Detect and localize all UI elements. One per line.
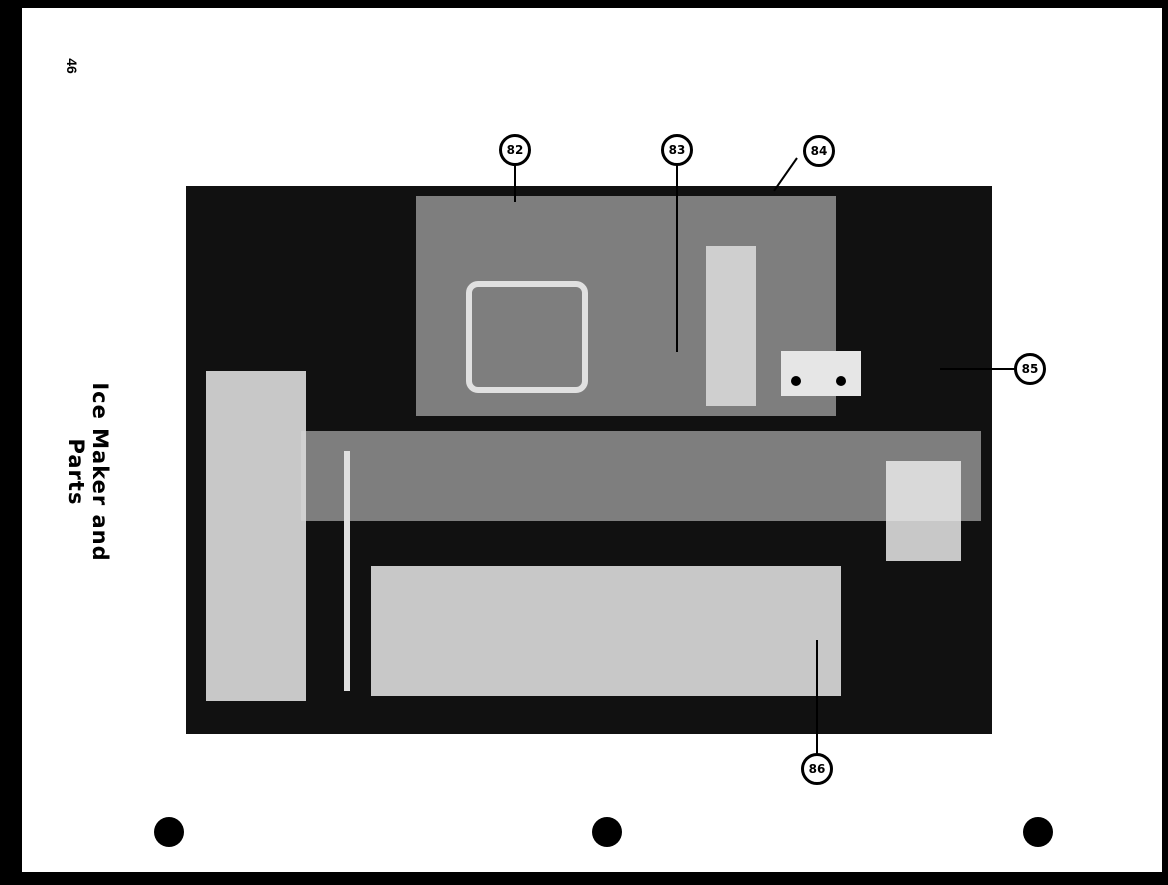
switch-block (781, 351, 861, 396)
leader-line-82 (514, 162, 516, 202)
section-title: Ice Maker and Parts (64, 372, 112, 572)
solenoid-coil (466, 281, 588, 393)
photo-region-ice-tray (371, 566, 841, 696)
photo-region-left-panel (206, 371, 306, 701)
leader-line-83 (676, 162, 678, 352)
scan-edge-top (0, 0, 1168, 8)
binder-hole-right (1023, 817, 1053, 847)
binder-hole-left (154, 817, 184, 847)
photo-region-right-bracket (886, 461, 961, 561)
callout-85: 85 (1014, 353, 1046, 385)
leader-line-86 (816, 640, 818, 755)
scan-edge-bottom (0, 872, 1168, 885)
switch-terminal (791, 376, 801, 386)
callout-84: 84 (803, 135, 835, 167)
binder-hole-center (592, 817, 622, 847)
switch-terminal (836, 376, 846, 386)
callout-86: 86 (801, 753, 833, 785)
leader-line-85 (940, 368, 1015, 370)
callout-82: 82 (499, 134, 531, 166)
valve-body (706, 246, 756, 406)
callout-83: 83 (661, 134, 693, 166)
ice-maker-photo (186, 186, 992, 734)
page-number: 46 (64, 58, 80, 74)
photo-region-tray-top (301, 431, 981, 521)
tray-edge (344, 451, 350, 691)
